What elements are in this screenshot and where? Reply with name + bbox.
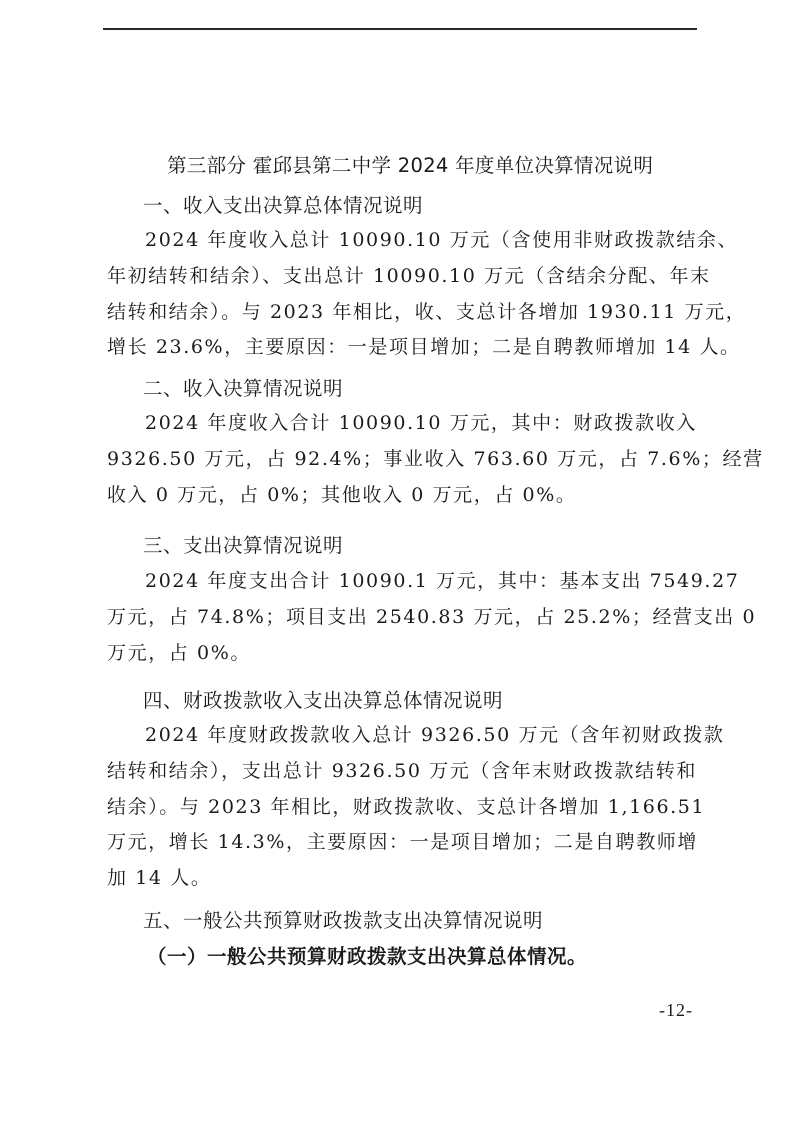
subsection-heading: （一）一般公共预算财政拨款支出决算总体情况。 (147, 941, 587, 969)
paragraph-line: 万元，占 0%。 (107, 636, 693, 672)
section-heading-1: 一、收入支出决算总体情况说明 (143, 190, 423, 218)
paragraph-line: 2024 年度财政拨款收入总计 9326.50 万元（含年初财政拨款 (107, 718, 693, 754)
section-paragraph-3: 2024 年度支出合计 10090.1 万元，其中：基本支出 7549.27 万… (107, 564, 693, 671)
paragraph-line: 2024 年度收入合计 10090.10 万元，其中：财政拨款收入 (107, 406, 693, 442)
paragraph-line: 万元，增长 14.3%，主要原因：一是项目增加；二是自聘教师增 (107, 825, 693, 861)
paragraph-line: 2024 年度收入总计 10090.10 万元（含使用非财政拨款结余、 (107, 223, 693, 259)
page-number: -12- (659, 1000, 693, 1021)
paragraph-line: 9326.50 万元，占 92.4%；事业收入 763.60 万元，占 7.6%… (107, 442, 693, 478)
section-heading-3: 三、支出决算情况说明 (143, 530, 343, 558)
paragraph-line: 加 14 人。 (107, 861, 693, 897)
header-rule (103, 28, 697, 30)
paragraph-line: 结余）。与 2023 年相比，财政拨款收、支总计各增加 1,166.51 (107, 790, 693, 826)
section-heading-5: 五、一般公共预算财政拨款支出决算情况说明 (143, 905, 543, 933)
paragraph-line: 年初结转和结余）、支出总计 10090.10 万元（含结余分配、年末 (107, 259, 693, 295)
paragraph-line: 万元，占 74.8%；项目支出 2540.83 万元，占 25.2%；经营支出 … (107, 600, 693, 636)
paragraph-line: 结转和结余）。与 2023 年相比，收、支总计各增加 1930.11 万元， (107, 295, 693, 331)
section-paragraph-4: 2024 年度财政拨款收入总计 9326.50 万元（含年初财政拨款 结转和结余… (107, 718, 693, 897)
section-paragraph-2: 2024 年度收入合计 10090.10 万元，其中：财政拨款收入 9326.5… (107, 406, 693, 513)
paragraph-line: 2024 年度支出合计 10090.1 万元，其中：基本支出 7549.27 (107, 564, 693, 600)
paragraph-line: 增长 23.6%，主要原因：一是项目增加；二是自聘教师增加 14 人。 (107, 330, 693, 366)
section-heading-4: 四、财政拨款收入支出决算总体情况说明 (143, 685, 503, 713)
paragraph-line: 结转和结余），支出总计 9326.50 万元（含年末财政拨款结转和 (107, 754, 693, 790)
page-title: 第三部分 霍邱县第二中学 2024 年度单位决算情况说明 (167, 150, 653, 178)
paragraph-line: 收入 0 万元，占 0%；其他收入 0 万元，占 0%。 (107, 478, 693, 514)
section-paragraph-1: 2024 年度收入总计 10090.10 万元（含使用非财政拨款结余、 年初结转… (107, 223, 693, 366)
section-heading-2: 二、收入决算情况说明 (143, 373, 343, 401)
